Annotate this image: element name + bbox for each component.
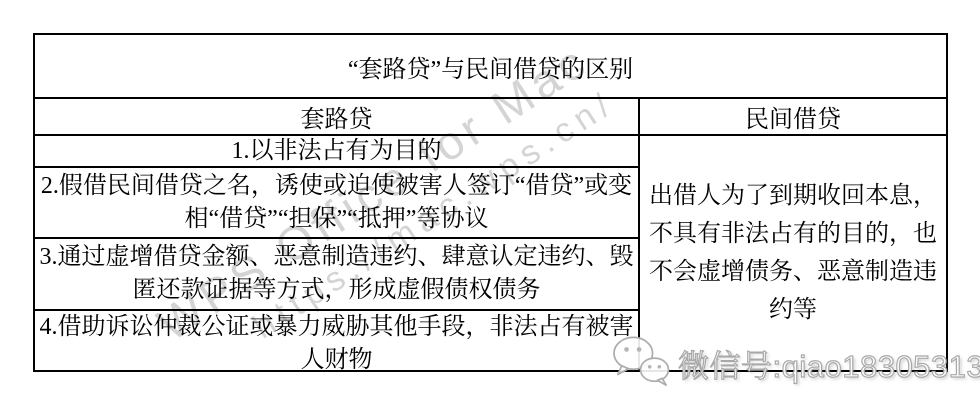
row-3-line-1: 3.通过虚增借贷金额、恶意制造违约、肆意认定违约、毁 (40, 241, 634, 274)
table-row-4: 4.借助诉讼仲裁公证或暴力威胁其他手段，非法占有被害 人财物 (35, 311, 638, 377)
right-cell-line-4: 约等 (769, 291, 817, 329)
row-4-line-1: 4.借助诉讼仲裁公证或暴力威胁其他手段，非法占有被害 (40, 311, 634, 344)
right-cell-line-3: 不会虚增债务、恶意制造违 (649, 253, 937, 291)
column-header-left: 套路贷 (35, 99, 638, 136)
right-cell-line-1: 出借人为了到期收回本息， (649, 177, 937, 215)
row-3-line-2: 匿还款证据等方式，形成虚假债权债务 (133, 274, 541, 307)
table-row-2: 2.假借民间借贷之名，诱使或迫使被害人签订“借贷”或变 相“借贷”“担保”“抵押… (35, 168, 638, 239)
row-2-line-2: 相“借贷”“担保”“抵押”等协议 (185, 203, 489, 236)
column-taolu-loan: 套路贷 1.以非法占有为目的 2.假借民间借贷之名，诱使或迫使被害人签订“借贷”… (35, 99, 640, 370)
column-private-lending: 民间借贷 出借人为了到期收回本息， 不具有非法占有的目的，也 不会虚增债务、恶意… (640, 99, 946, 370)
table-row-3: 3.通过虚增借贷金额、恶意制造违约、肆意认定违约、毁 匿还款证据等方式，形成虚假… (35, 239, 638, 311)
row-4-line-2: 人财物 (301, 344, 373, 377)
column-header-right: 民间借贷 (640, 99, 946, 136)
table-content: 套路贷 1.以非法占有为目的 2.假借民间借贷之名，诱使或迫使被害人签订“借贷”… (35, 99, 946, 370)
row-1-line-1: 1.以非法占有为目的 (232, 135, 442, 168)
right-cell-line-2: 不具有非法占有的目的，也 (649, 215, 937, 253)
row-2-line-1: 2.假借民间借贷之名，诱使或迫使被害人签订“借贷”或变 (41, 170, 632, 203)
private-lending-description-cell: 出借人为了到期收回本息， 不具有非法占有的目的，也 不会虚增债务、恶意制造违 约… (640, 136, 946, 370)
table-row-1: 1.以非法占有为目的 (35, 136, 638, 168)
comparison-table: “套路贷”与民间借贷的区别 套路贷 1.以非法占有为目的 2.假借民间借贷之名，… (33, 33, 948, 372)
table-title: “套路贷”与民间借贷的区别 (35, 35, 946, 99)
